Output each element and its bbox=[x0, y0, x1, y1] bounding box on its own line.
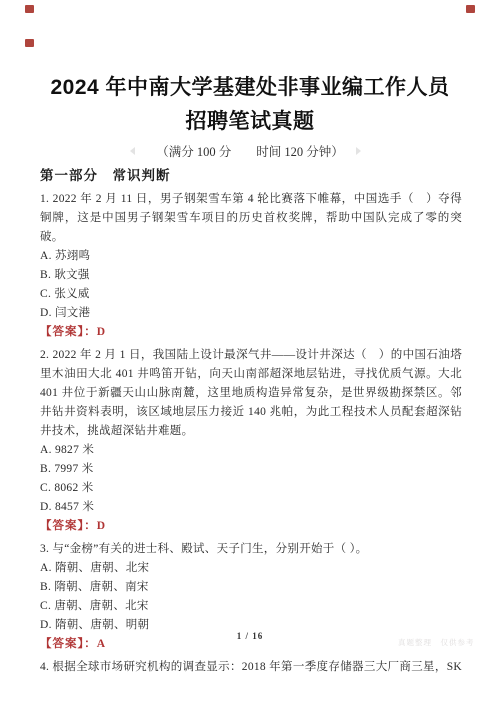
question-block-2: 2. 2022 年 2 月 1 日，我国陆上设计最深气井——设计井深达（ ）的中… bbox=[40, 346, 462, 536]
question-block-4: 4. 根据全球市场研究机构的调查显示：2018 年第一季度存储器三大厂商三星，S… bbox=[40, 658, 462, 677]
page-title: 2024 年中南大学基建处非事业编工作人员 招聘笔试真题 bbox=[0, 0, 500, 139]
exam-document-page: 2024 年中南大学基建处非事业编工作人员 招聘笔试真题 （满分 100 分 时… bbox=[0, 0, 500, 707]
fold-mark-left-icon bbox=[130, 147, 135, 155]
option-item: D. 闫文港 bbox=[40, 304, 462, 323]
fold-mark-right-icon bbox=[356, 147, 361, 155]
page-title-line-2: 招聘笔试真题 bbox=[0, 105, 500, 139]
answer-line: 【答案】：D bbox=[40, 517, 462, 536]
option-item: A. 苏翊鸣 bbox=[40, 247, 462, 266]
question-text: 4. 根据全球市场研究机构的调查显示：2018 年第一季度存储器三大厂商三星，S… bbox=[40, 658, 462, 677]
red-seal-mark-top-left-icon bbox=[25, 5, 34, 13]
question-text: 1. 2022 年 2 月 11 日，男子钢架雪车第 4 轮比赛落下帷幕，中国选… bbox=[40, 190, 462, 247]
watermark-text: 真题整理 仅供参考 bbox=[398, 638, 475, 648]
question-list: 1. 2022 年 2 月 11 日，男子钢架雪车第 4 轮比赛落下帷幕，中国选… bbox=[40, 190, 462, 677]
option-item: A. 9827 米 bbox=[40, 441, 462, 460]
option-item: D. 8457 米 bbox=[40, 498, 462, 517]
option-item: A. 隋朝、唐朝、北宋 bbox=[40, 559, 462, 578]
question-text: 3. 与“金榜”有关的进士科、殿试、天子门生，分别开始于（ ）。 bbox=[40, 540, 462, 559]
answer-line: 【答案】：D bbox=[40, 323, 462, 342]
question-text: 2. 2022 年 2 月 1 日，我国陆上设计最深气井——设计井深达（ ）的中… bbox=[40, 346, 462, 441]
option-item: B. 7997 米 bbox=[40, 460, 462, 479]
option-item: B. 耿文强 bbox=[40, 266, 462, 285]
section-heading: 第一部分 常识判断 bbox=[40, 167, 500, 185]
option-item: B. 隋朝、唐朝、南宋 bbox=[40, 578, 462, 597]
option-item: C. 8062 米 bbox=[40, 479, 462, 498]
red-seal-mark-left-icon bbox=[25, 39, 34, 47]
option-item: C. 唐朝、唐朝、北宋 bbox=[40, 597, 462, 616]
red-seal-mark-top-right-icon bbox=[466, 5, 475, 13]
page-title-line-1: 2024 年中南大学基建处非事业编工作人员 bbox=[0, 71, 500, 105]
question-block-1: 1. 2022 年 2 月 11 日，男子钢架雪车第 4 轮比赛落下帷幕，中国选… bbox=[40, 190, 462, 342]
option-item: C. 张义威 bbox=[40, 285, 462, 304]
exam-meta-subtitle: （满分 100 分 时间 120 分钟） bbox=[0, 145, 500, 160]
